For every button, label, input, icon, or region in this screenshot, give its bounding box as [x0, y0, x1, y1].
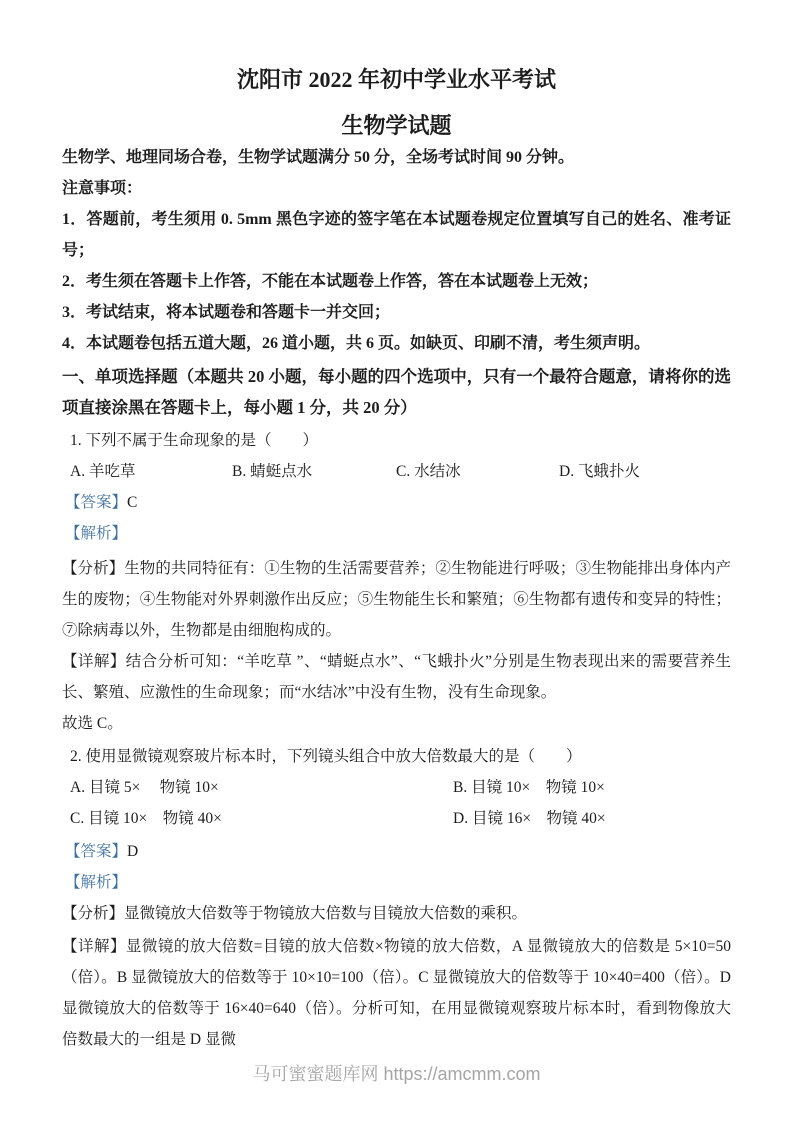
- q1-answer-line: 【答案】C: [62, 487, 731, 518]
- q1-option-c: C. 水结冰: [396, 456, 461, 487]
- q1-option-b: B. 蜻蜓点水: [232, 456, 312, 487]
- q2-option-d: D. 目镜 16× 物镜 40×: [453, 803, 606, 834]
- q1-analysis-heading: 【解析】: [62, 518, 731, 549]
- q1-option-a: A. 羊吃草: [70, 456, 135, 487]
- section-heading: 一、单项选择题（本题共 20 小题，每小题的四个选项中，只有一个最符合题意，请将…: [62, 361, 731, 423]
- q2-answer-label: 【答案】: [65, 843, 127, 860]
- q2-answer-value: D: [127, 843, 138, 860]
- q2-option-b: B. 目镜 10× 物镜 10×: [453, 772, 605, 803]
- q2-option-c: C. 目镜 10× 物镜 40×: [70, 803, 453, 834]
- q2-answer-line: 【答案】D: [62, 836, 731, 867]
- q2-detail: 【详解】显微镜的放大倍数=目镜的放大倍数×物镜的放大倍数，A 显微镜放大的倍数是…: [62, 931, 731, 1055]
- q2-stem: 2. 使用显微镜观察玻片标本时，下列镜头组合中放大倍数最大的是（ ）: [62, 741, 731, 772]
- note-1: 1．答题前，考生须用 0. 5mm 黑色字迹的签字笔在本试题卷规定位置填写自己的…: [62, 204, 731, 266]
- q2-analysis-heading: 【解析】: [62, 867, 731, 898]
- q1-options: A. 羊吃草 B. 蜻蜓点水 C. 水结冰 D. 飞蛾扑火: [62, 456, 731, 487]
- note-3: 3．考试结束，将本试题卷和答题卡一并交回；: [62, 297, 731, 328]
- exam-subtitle: 生物学试题: [62, 110, 731, 142]
- footer-credit: 马可蜜蜜题库网 https://amcmm.com: [0, 1060, 793, 1086]
- q2-analysis: 【分析】显微镜放大倍数等于物镜放大倍数与目镜放大倍数的乘积。: [62, 898, 731, 929]
- q2-options: A. 目镜 5× 物镜 10× B. 目镜 10× 物镜 10× C. 目镜 1…: [62, 772, 731, 834]
- q1-answer-label: 【答案】: [65, 494, 127, 511]
- q1-stem: 1. 下列不属于生命现象的是（ ）: [62, 425, 731, 456]
- exam-document: 沈阳市 2022 年初中学业水平考试 生物学试题 生物学、地理同场合卷，生物学试…: [0, 0, 793, 1055]
- exam-info: 生物学、地理同场合卷，生物学试题满分 50 分，全场考试时间 90 分钟。: [62, 142, 731, 173]
- exam-title: 沈阳市 2022 年初中学业水平考试: [62, 64, 731, 96]
- q1-detail: 【详解】结合分析可知：“羊吃草 ”、“蜻蜓点水”、“飞蛾扑火”分别是生物表现出来…: [62, 646, 731, 708]
- question-2: 2. 使用显微镜观察玻片标本时，下列镜头组合中放大倍数最大的是（ ） A. 目镜…: [62, 741, 731, 1055]
- question-1: 1. 下列不属于生命现象的是（ ） A. 羊吃草 B. 蜻蜓点水 C. 水结冰 …: [62, 425, 731, 739]
- q1-answer-value: C: [127, 494, 137, 511]
- note-2: 2．考生须在答题卡上作答，不能在本试题卷上作答，答在本试题卷上无效；: [62, 266, 731, 297]
- notes-heading: 注意事项：: [62, 173, 731, 204]
- q2-option-a: A. 目镜 5× 物镜 10×: [70, 772, 453, 803]
- q1-conclusion: 故选 C。: [62, 708, 731, 739]
- note-4: 4．本试题卷包括五道大题，26 道小题，共 6 页。如缺页、印刷不清，考生须声明…: [62, 328, 731, 359]
- q1-option-d: D. 飞蛾扑火: [559, 456, 640, 487]
- q1-analysis: 【分析】生物的共同特征有：①生物的生活需要营养；②生物能进行呼吸；③生物能排出身…: [62, 553, 731, 646]
